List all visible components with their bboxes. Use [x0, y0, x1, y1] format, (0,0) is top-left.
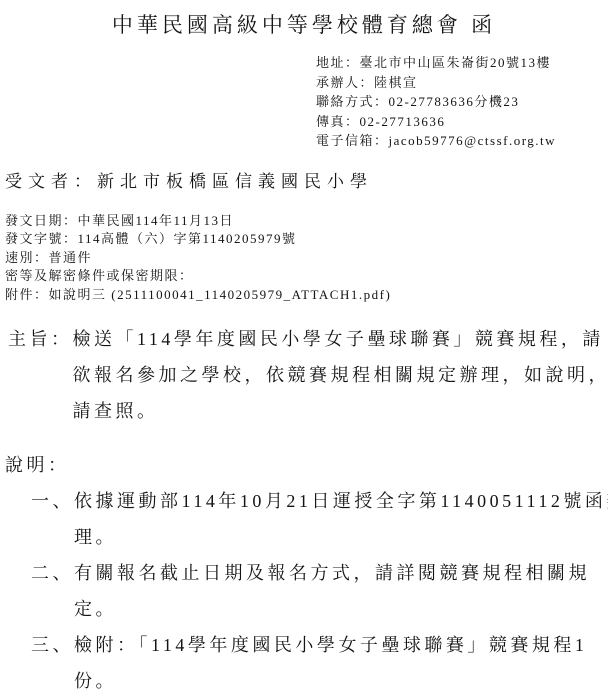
- subject-section: 主旨： 檢送「114學年度國民小學女子壘球聯賽」競賽規程，請 欲報名參加之學校，…: [0, 321, 608, 429]
- item-line: 有關報名截止日期及報名方式，請詳閱競賽規程相關規: [74, 555, 590, 591]
- contact-info-block: 地址：臺北市中山區朱崙街20號13樓 承辦人：陸棋宣 聯絡方式：02-27783…: [316, 53, 608, 151]
- item-line: 定。: [74, 591, 590, 627]
- subject-line: 檢送「114學年度國民小學女子壘球聯賽」競賽規程，請: [73, 321, 608, 357]
- subject-label: 主旨：: [8, 321, 73, 429]
- item-line: 依據運動部114年10月21日運授全字第1140051112號函辦: [74, 483, 608, 519]
- recipient-label: 受文者：: [5, 172, 97, 191]
- contact-person: 承辦人：陸棋宣: [316, 73, 608, 93]
- document-title: 中華民國高級中等學校體育總會 函: [0, 0, 608, 39]
- contact-fax: 傳真：02-27713636: [316, 112, 608, 132]
- meta-block: 發文日期：中華民國114年11月13日 發文字號：114高體（六）字第11402…: [5, 212, 608, 305]
- item-number: 三、: [31, 627, 74, 699]
- item-line: 檢附：「114學年度國民小學女子壘球聯賽」競賽規程1: [74, 627, 587, 663]
- attachment-line: 附件：如說明三 (2511100041_1140205979_ATTACH1.p…: [5, 286, 608, 305]
- item-text: 檢附：「114學年度國民小學女子壘球聯賽」競賽規程1 份。: [74, 627, 587, 699]
- official-letter-page: 中華民國高級中等學校體育總會 函 地址：臺北市中山區朱崙街20號13樓 承辦人：…: [0, 0, 608, 700]
- explanation-item-2: 二、 有關報名截止日期及報名方式，請詳閱競賽規程相關規 定。: [0, 555, 608, 627]
- recipient-value: 新北市板橋區信義國民小學: [97, 172, 373, 191]
- item-line: 理。: [74, 519, 608, 555]
- item-line: 份。: [74, 663, 587, 699]
- explanation-item-1: 一、 依據運動部114年10月21日運授全字第1140051112號函辦 理。: [0, 483, 608, 555]
- priority-line: 速別：普通件: [5, 249, 608, 268]
- subject-line: 請查照。: [73, 393, 608, 429]
- explanation-item-3: 三、 檢附：「114學年度國民小學女子壘球聯賽」競賽規程1 份。: [0, 627, 608, 699]
- recipient-line: 受文者：新北市板橋區信義國民小學: [5, 167, 608, 192]
- item-text: 依據運動部114年10月21日運授全字第1140051112號函辦 理。: [74, 483, 608, 555]
- explanation-label: 說明：: [0, 447, 608, 483]
- contact-phone: 聯絡方式：02-27783636分機23: [316, 92, 608, 112]
- contact-email: 電子信箱：jacob59776@ctssf.org.tw: [316, 131, 608, 151]
- item-text: 有關報名截止日期及報名方式，請詳閱競賽規程相關規 定。: [74, 555, 590, 627]
- item-number: 一、: [31, 483, 74, 555]
- item-number: 二、: [31, 555, 74, 627]
- issue-date-line: 發文日期：中華民國114年11月13日: [5, 212, 608, 231]
- subject-text: 檢送「114學年度國民小學女子壘球聯賽」競賽規程，請 欲報名參加之學校，依競賽規…: [73, 321, 608, 429]
- subject-line: 欲報名參加之學校，依競賽規程相關規定辦理，如說明，: [73, 357, 608, 393]
- classification-line: 密等及解密條件或保密期限：: [5, 267, 608, 286]
- doc-number-line: 發文字號：114高體（六）字第1140205979號: [5, 230, 608, 249]
- contact-address: 地址：臺北市中山區朱崙街20號13樓: [316, 53, 608, 73]
